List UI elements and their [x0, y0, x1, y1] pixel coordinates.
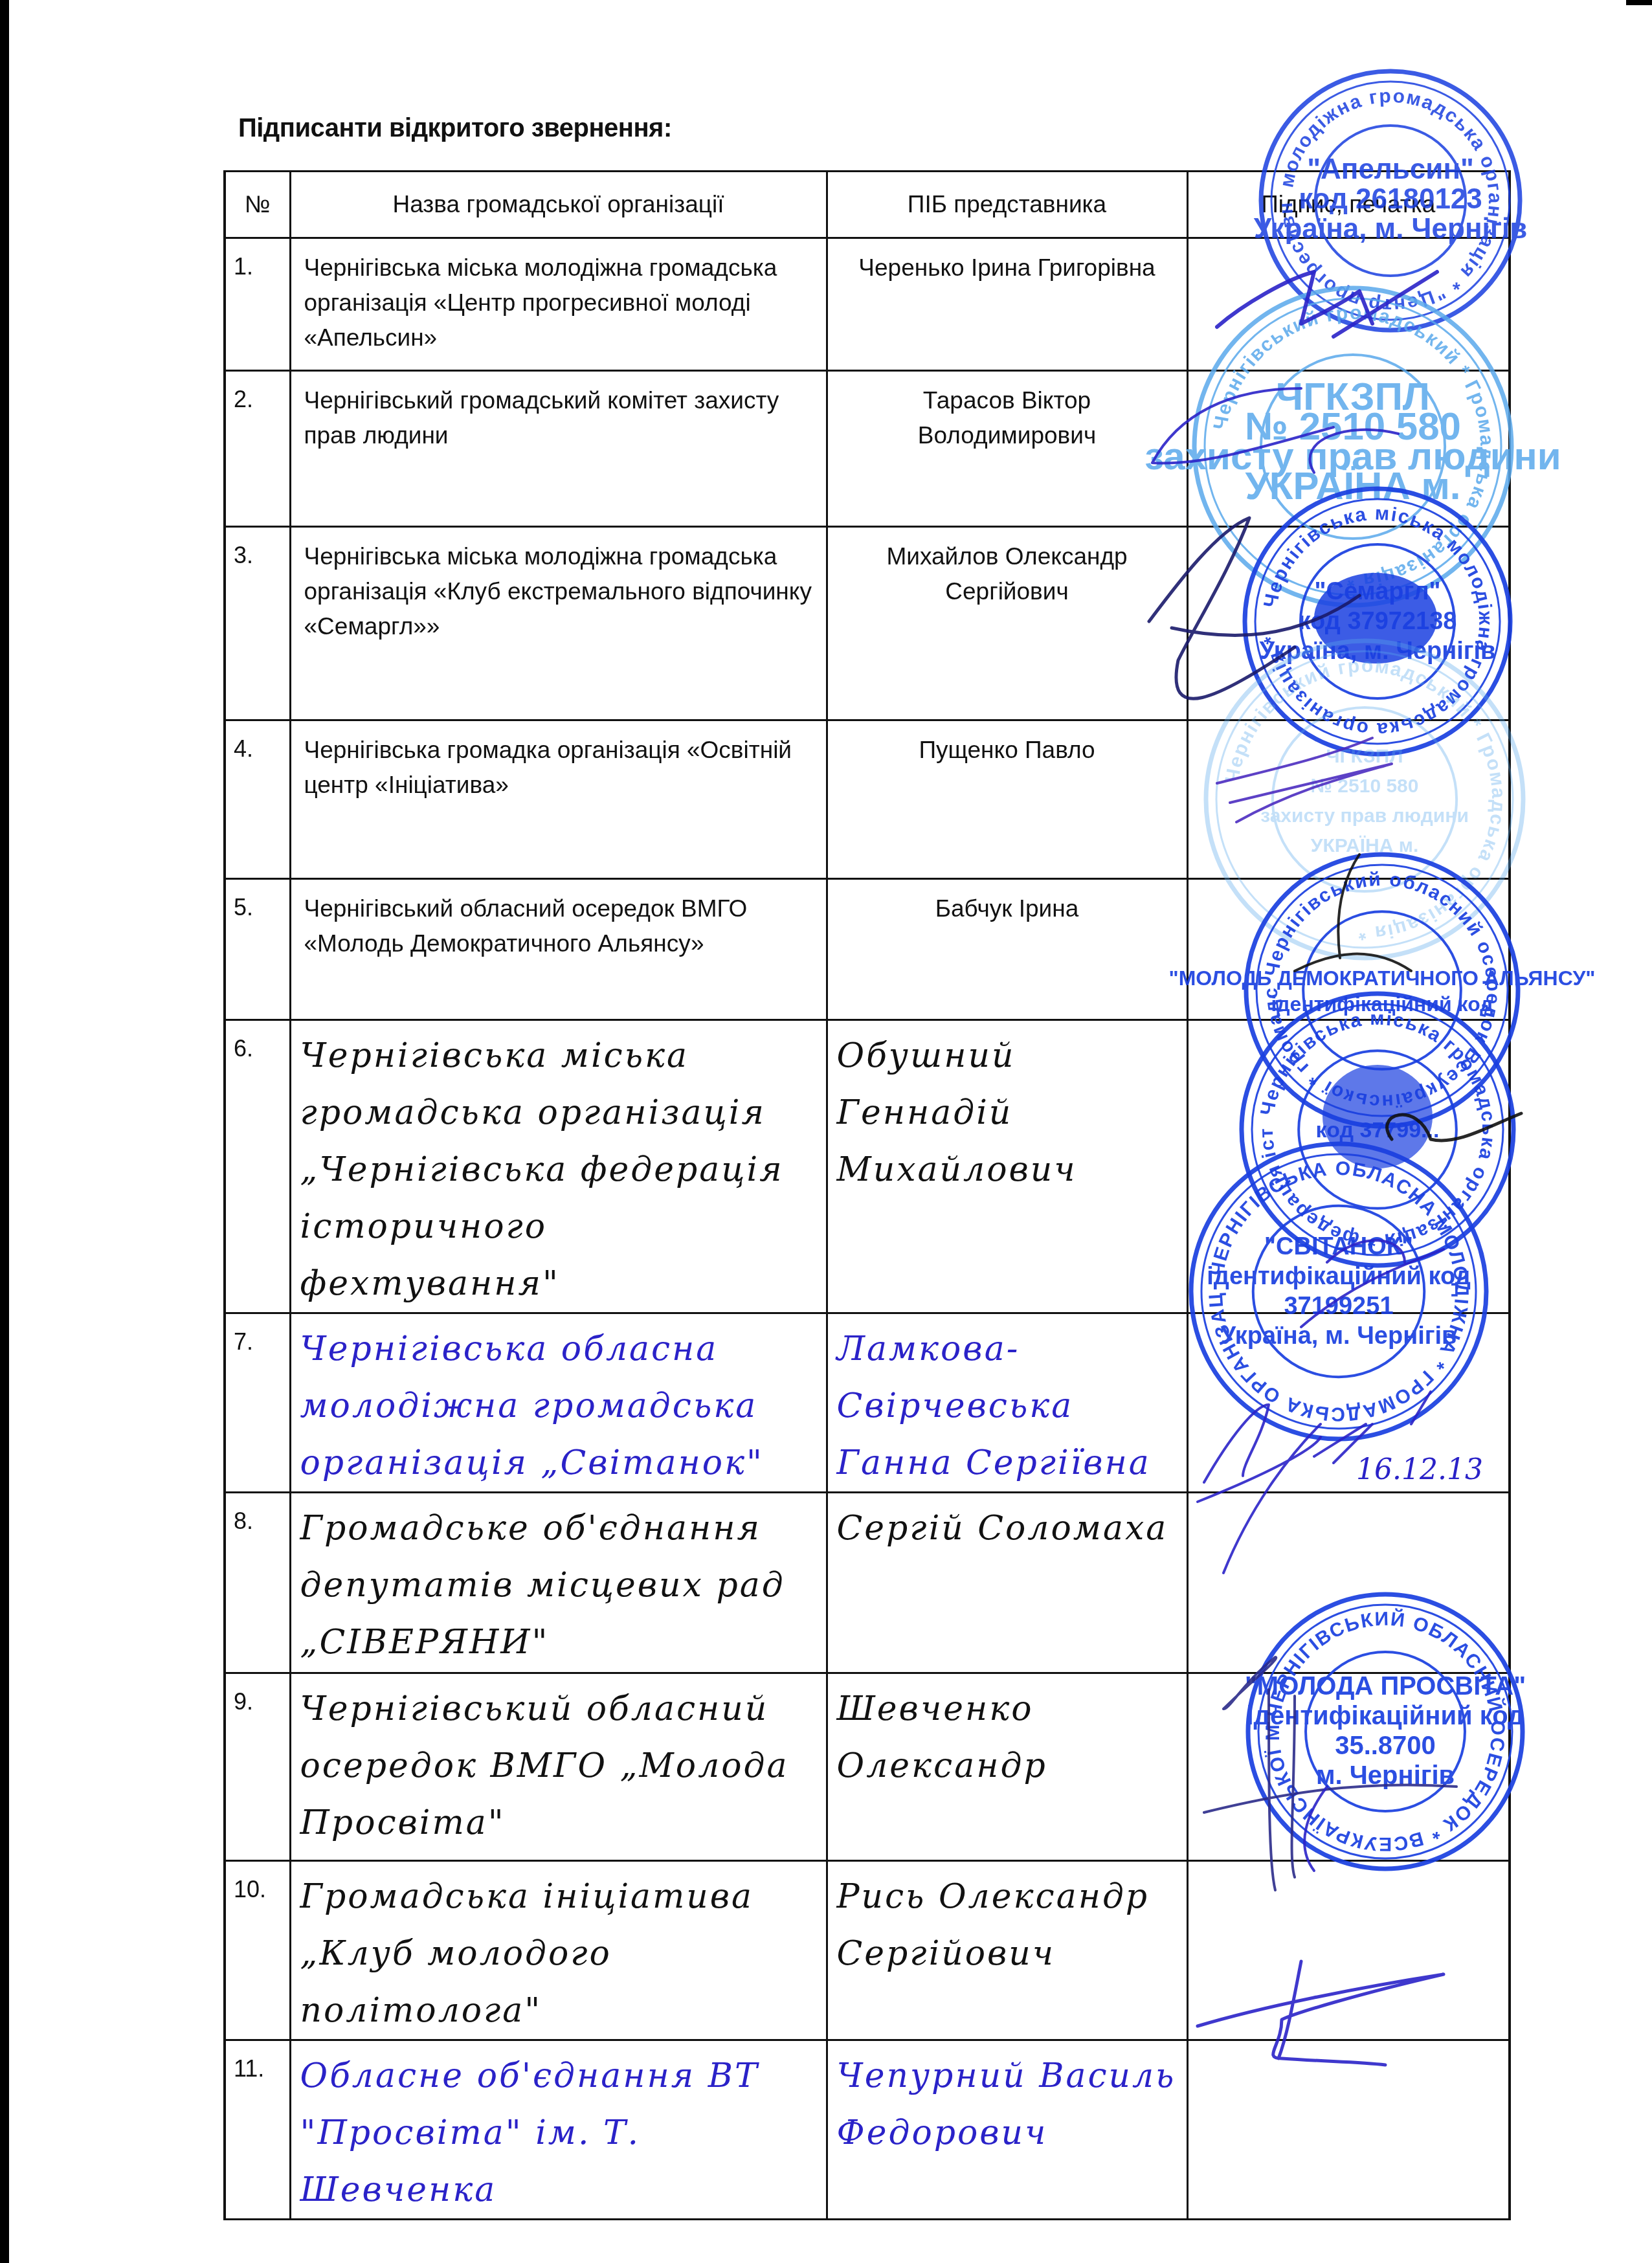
- signature-cell: [1187, 720, 1510, 879]
- table-row: 4.Чернігівська громадка організація «Осв…: [225, 720, 1510, 879]
- signature-cell: [1187, 1673, 1510, 1861]
- table-header-row: № Назва громадської організації ПІБ пред…: [225, 172, 1510, 238]
- representative-name: Шевченко Олександр: [827, 1673, 1187, 1861]
- representative-name: Черенько Ірина Григорівна: [827, 238, 1187, 371]
- document-title: Підписанти відкритого звернення:: [238, 114, 672, 143]
- signature-cell: [1187, 1861, 1510, 2040]
- row-number: 6.: [225, 1020, 290, 1313]
- row-number: 3.: [225, 527, 290, 720]
- representative-name: Обушний Геннадій Михайлович: [827, 1020, 1187, 1313]
- representative-name: Михайлов Олександр Сергійович: [827, 527, 1187, 720]
- header-signature: Підпис, печатка: [1187, 172, 1510, 238]
- signature-cell: [1187, 1313, 1510, 1493]
- table-row: 1.Чернігівська міська молодіжна громадсь…: [225, 238, 1510, 371]
- signature-cell: [1187, 527, 1510, 720]
- scan-edge-corner: [1626, 0, 1652, 5]
- representative-name: Чепурний Василь Федорович: [827, 2040, 1187, 2220]
- organization-name: Чернігівська міська молодіжна громадська…: [290, 527, 827, 720]
- row-number: 4.: [225, 720, 290, 879]
- table-row: 11.Обласне об'єднання ВТ "Просвіта" ім. …: [225, 2040, 1510, 2220]
- signature-cell: [1187, 1020, 1510, 1313]
- signature-cell: [1187, 1493, 1510, 1673]
- table-row: 2.Чернігівський громадський комітет захи…: [225, 371, 1510, 527]
- row-number: 5.: [225, 879, 290, 1020]
- organization-name: Обласне об'єднання ВТ "Просвіта" ім. Т. …: [290, 2040, 827, 2220]
- signature-cell: [1187, 879, 1510, 1020]
- organization-name: Чернігівська міська молодіжна громадська…: [290, 238, 827, 371]
- organization-name: Громадське об'єднання депутатів місцевих…: [290, 1493, 827, 1673]
- organization-name: Чернігівський обласний осередок ВМГО «Мо…: [290, 879, 827, 1020]
- row-number: 7.: [225, 1313, 290, 1493]
- row-number: 1.: [225, 238, 290, 371]
- organization-name: Чернігівська міська громадська організац…: [290, 1020, 827, 1313]
- table-row: 6.Чернігівська міська громадська організ…: [225, 1020, 1510, 1313]
- signatories-table: № Назва громадської організації ПІБ пред…: [223, 170, 1511, 2220]
- scan-edge: [0, 0, 9, 2263]
- signature-cell: [1187, 238, 1510, 371]
- table-row: 3.Чернігівська міська молодіжна громадсь…: [225, 527, 1510, 720]
- row-number: 10.: [225, 1861, 290, 2040]
- representative-name: Рись Олександр Сергійович: [827, 1861, 1187, 2040]
- row-number: 2.: [225, 371, 290, 527]
- table-row: 10.Громадська ініціатива „Клуб молодого …: [225, 1861, 1510, 2040]
- row-number: 9.: [225, 1673, 290, 1861]
- header-number: №: [225, 172, 290, 238]
- table-row: 8.Громадське об'єднання депутатів місцев…: [225, 1493, 1510, 1673]
- header-representative: ПІБ представника: [827, 172, 1187, 238]
- table-row: 7.Чернігівська обласна молодіжна громадс…: [225, 1313, 1510, 1493]
- organization-name: Чернігівська громадка організація «Освіт…: [290, 720, 827, 879]
- organization-name: Чернігівський громадський комітет захист…: [290, 371, 827, 527]
- representative-name: Сергій Соломаха: [827, 1493, 1187, 1673]
- signature-cell: [1187, 2040, 1510, 2220]
- header-organization: Назва громадської організації: [290, 172, 827, 238]
- representative-name: Ламкова-Свірчевська Ганна Сергіївна: [827, 1313, 1187, 1493]
- table-row: 5.Чернігівський обласний осередок ВМГО «…: [225, 879, 1510, 1020]
- organization-name: Чернігівський обласний осередок ВМГО „Мо…: [290, 1673, 827, 1861]
- representative-name: Бабчук Ірина: [827, 879, 1187, 1020]
- signature-cell: [1187, 371, 1510, 527]
- organization-name: Чернігівська обласна молодіжна громадськ…: [290, 1313, 827, 1493]
- organization-name: Громадська ініціатива „Клуб молодого пол…: [290, 1861, 827, 2040]
- table-row: 9.Чернігівський обласний осередок ВМГО „…: [225, 1673, 1510, 1861]
- row-number: 8.: [225, 1493, 290, 1673]
- representative-name: Тарасов Віктор Володимирович: [827, 371, 1187, 527]
- representative-name: Пущенко Павло: [827, 720, 1187, 879]
- row-number: 11.: [225, 2040, 290, 2220]
